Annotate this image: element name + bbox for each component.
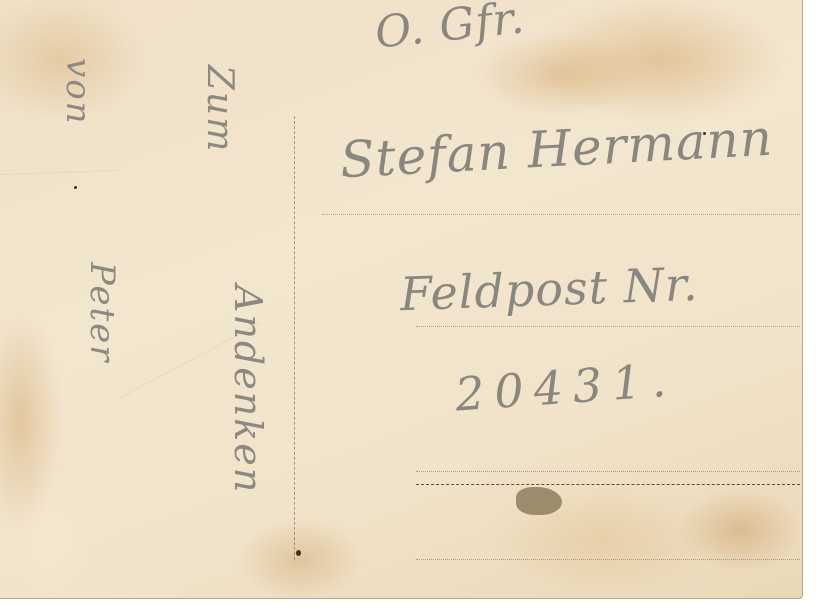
rank-abbreviation: O. Gfr. — [373, 0, 528, 59]
address-line-4 — [416, 484, 800, 485]
postcard-back: O. Gfr. Stefan Hermann Feldpost Nr. 2043… — [0, 0, 803, 599]
speck — [296, 550, 301, 556]
message-line-zum: Zum — [199, 65, 240, 153]
message-line-von: von — [58, 58, 98, 126]
field-post-label: Feldpost Nr. — [399, 257, 699, 321]
recipient-name: Stefan Hermann — [339, 109, 775, 190]
center-divider-line — [294, 116, 295, 560]
speck — [74, 186, 77, 189]
message-line-andenken: Andenken — [226, 285, 270, 494]
address-line-3 — [416, 471, 800, 472]
paper-crease — [0, 170, 120, 175]
message-line-peter: Peter — [82, 262, 122, 364]
dark-stain — [516, 487, 562, 515]
field-post-number: 20431. — [453, 352, 677, 421]
address-line-1 — [322, 214, 800, 215]
address-line-5 — [416, 559, 800, 560]
address-line-2 — [416, 326, 800, 327]
